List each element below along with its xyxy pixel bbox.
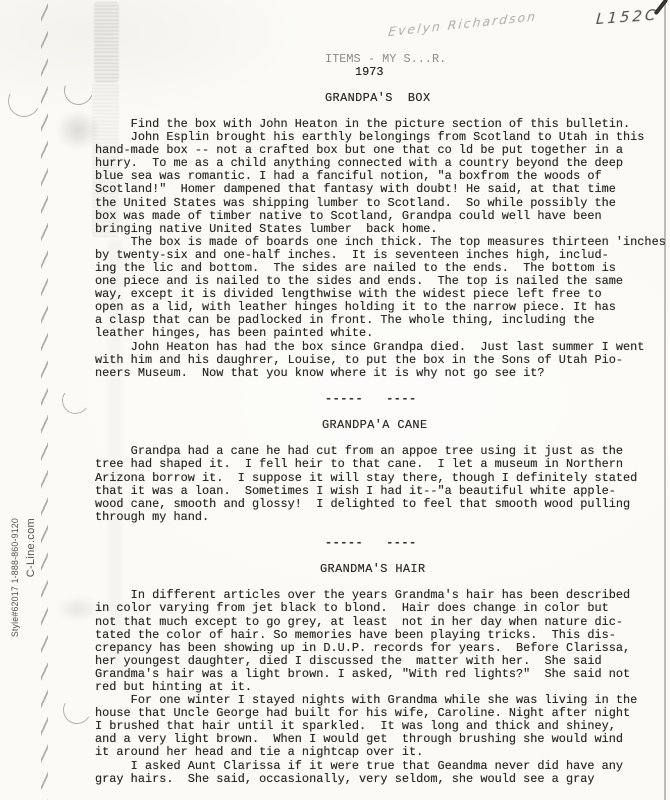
text-line: neers Museum. Now that you know where it…: [0, 367, 670, 380]
text-line: tated the color of hair. So memories hav…: [0, 629, 670, 642]
document-body: ITEMS - MY S...R.1973GRANDPA'S BOX Find …: [0, 53, 670, 786]
text-line: it around her head and tie a nightcap ov…: [0, 746, 670, 759]
handwritten-code: L152C: [595, 6, 659, 28]
text-line: the United States was shipping lumber to…: [0, 197, 670, 210]
text-line: gray hairs. She said, occasionally, very…: [0, 773, 670, 786]
text-line: not that much except to go grey, at leas…: [0, 616, 670, 629]
text-line: in color varying from jet black to blond…: [0, 602, 670, 615]
text-line: her youngest daughter, died I discussed …: [0, 655, 670, 668]
text-line: tree had shaped it. I fell heir to that …: [0, 458, 670, 471]
handwritten-name: Evelyn Richardson: [388, 8, 538, 39]
section-heading: GRANDMA'S HAIR: [0, 563, 670, 576]
blank-line: [0, 524, 670, 537]
text-line: with him and his daughrer, Louise, to pu…: [0, 354, 670, 367]
masthead-title: ITEMS - MY S...R.: [0, 53, 670, 66]
section-divider: ----- ----: [0, 537, 670, 550]
blank-line: [0, 380, 670, 393]
text-line: box was made of timber native to Scotlan…: [0, 210, 670, 223]
text-line: bringing native United States lumber bac…: [0, 223, 670, 236]
text-line: The box is made of boards one inch thick…: [0, 236, 670, 249]
text-line: crepancy has been showing up in D.U.P. r…: [0, 642, 670, 655]
text-line: Scotland!" Homer dampened that fantasy w…: [0, 183, 670, 196]
section-divider: ----- ----: [0, 393, 670, 406]
text-line: leather hinges, has been painted white.: [0, 327, 670, 340]
text-line: John Heaton has had the box since Grandp…: [0, 341, 670, 354]
text-line: that it was a loan. Sometimes I wish I h…: [0, 485, 670, 498]
section-heading: GRANDPA'S BOX: [0, 92, 670, 105]
text-line: I asked Aunt Clarissa if it were true th…: [0, 760, 670, 773]
masthead-year: 1973: [0, 66, 670, 79]
text-line: wood cane, smooth and glossy! I delighte…: [0, 498, 670, 511]
blank-line: [0, 105, 670, 118]
section-heading: GRANDPA'A CANE: [0, 419, 670, 432]
scanned-page: Style#62017 1-888-860-9120 C-Line.com Ev…: [0, 0, 670, 800]
text-line: through my hand.: [0, 511, 670, 524]
blank-line: [0, 79, 670, 92]
text-line: Arizona borrow it. I suppose it will sta…: [0, 472, 670, 485]
